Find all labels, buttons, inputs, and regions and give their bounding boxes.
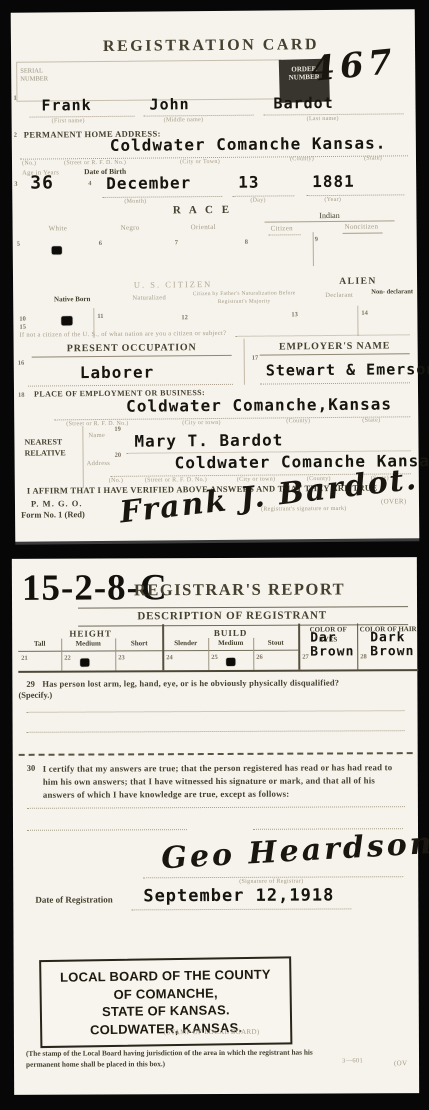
address-caption-state: (State) bbox=[364, 156, 382, 162]
dob-day-value: 13 bbox=[238, 173, 259, 192]
relative-caption-street: (Street or R. F. D. No.) bbox=[145, 477, 207, 484]
declarant-label: Declarant bbox=[309, 292, 369, 300]
place-caption-state: (State) bbox=[362, 418, 380, 424]
stout-number: 26 bbox=[256, 654, 263, 661]
race-citizen-label: Citizen bbox=[269, 224, 301, 235]
item-3-number: 3 bbox=[14, 181, 17, 188]
serial-label-line1: SERIAL bbox=[20, 67, 48, 76]
table-group-rule bbox=[162, 624, 164, 670]
dotted-line bbox=[26, 709, 404, 713]
table-vertical-rule bbox=[253, 638, 254, 670]
relative-caption-no: (No.) bbox=[109, 478, 123, 484]
address-caption-street: (Street or R. F. D. No.) bbox=[64, 160, 126, 167]
address-caption-county: (County) bbox=[290, 156, 314, 162]
dotted-line bbox=[102, 195, 222, 198]
table-inner-rule bbox=[18, 650, 298, 652]
section-divider bbox=[19, 752, 413, 756]
serial-label-line2: NUMBER bbox=[20, 76, 48, 85]
first-name-value: Frank bbox=[41, 96, 91, 114]
present-occupation-header: PRESENT OCCUPATION bbox=[32, 342, 232, 358]
tall-number: 21 bbox=[21, 655, 28, 662]
item-2-number: 2 bbox=[14, 132, 17, 139]
dob-year-value: 1881 bbox=[312, 172, 355, 191]
item-15-number: 15 bbox=[19, 324, 26, 331]
race-negro-label: Negro bbox=[121, 224, 140, 232]
eyes-color-value: Dar Brown bbox=[310, 631, 356, 660]
item-19-number: 19 bbox=[114, 426, 121, 433]
place-caption-county: (County) bbox=[286, 418, 310, 424]
hair-color-value: Dark Brown bbox=[370, 631, 422, 660]
form-id-line2: Form No. 1 (Red) bbox=[21, 509, 85, 520]
native-born-checkmark bbox=[61, 316, 72, 325]
citizen-by-father-number: 12 bbox=[181, 314, 188, 321]
stamp-line-1: LOCAL BOARD OF THE COUNTY bbox=[41, 965, 289, 986]
employer-value: Stewart & Emerson bbox=[266, 360, 429, 379]
non-declarant-label: Non- declarant bbox=[371, 288, 413, 297]
naturalized-label: Naturalized bbox=[117, 294, 181, 302]
form-footer-code: 3—601 bbox=[342, 1057, 363, 1064]
race-oriental-number: 7 bbox=[175, 239, 178, 246]
slender-number: 24 bbox=[166, 654, 173, 661]
stout-label: Stout bbox=[253, 639, 298, 647]
build-medium-label: Medium bbox=[208, 639, 253, 647]
employers-name-header: EMPLOYER'S NAME bbox=[260, 340, 410, 355]
height-medium-label: Medium bbox=[61, 639, 115, 647]
address-caption-no: (No.) bbox=[22, 161, 36, 167]
home-address-value: Coldwater Comanche Kansas. bbox=[110, 134, 387, 155]
registrant-signature-caption: (Registrant's signature or mark) bbox=[261, 506, 347, 513]
relative-name-value: Mary T. Bardot bbox=[134, 430, 283, 450]
dotted-line bbox=[306, 193, 404, 196]
last-name-caption: (Last name) bbox=[307, 116, 339, 122]
middle-name-value: John bbox=[149, 95, 189, 113]
dotted-line bbox=[27, 805, 405, 809]
registrar-signature: Geo Heardson bbox=[160, 826, 429, 876]
table-vertical-rule bbox=[208, 638, 209, 670]
eyes-number: 27 bbox=[302, 654, 309, 661]
stamp-box-caption: (STAMP OF LOCAL BOARD) bbox=[164, 1028, 260, 1036]
table-group-rule bbox=[357, 623, 358, 669]
height-medium-checkmark bbox=[80, 659, 89, 667]
registration-card: REGISTRATION CARD SERIAL NUMBER ORDER NU… bbox=[11, 9, 420, 542]
race-noncitizen-label: Noncitizen bbox=[343, 223, 383, 234]
item-30-number: 30 bbox=[27, 763, 36, 773]
build-medium-checkmark bbox=[226, 658, 235, 666]
slender-label: Slender bbox=[163, 639, 208, 647]
race-noncitizen-number: 9 bbox=[315, 236, 318, 243]
relative-address-label: Address bbox=[87, 460, 110, 467]
item-18-number: 18 bbox=[18, 392, 25, 399]
description-table: HEIGHT BUILD COLOR OF EYES COLOR OF HAIR… bbox=[18, 623, 418, 673]
dotted-line bbox=[232, 194, 294, 197]
build-medium-number: 25 bbox=[211, 654, 218, 661]
citizen-by-father-label: Citizen by Father's Naturalization Befor… bbox=[185, 290, 303, 306]
middle-name-caption: (Middle name) bbox=[164, 117, 204, 123]
registrars-report-title: REGISTRAR'S REPORT bbox=[134, 579, 345, 600]
race-white-label: White bbox=[49, 224, 68, 232]
registrant-signature: Frank J. Bardot. bbox=[118, 462, 420, 531]
over-label: (OVER) bbox=[381, 497, 407, 505]
address-caption-city: (City or Town) bbox=[180, 159, 220, 165]
race-citizen-number: 8 bbox=[245, 239, 248, 246]
line15-text: If not a citizen of the U. S., of what n… bbox=[19, 330, 226, 339]
place-caption-city: (City or town) bbox=[182, 420, 221, 426]
certification-text: I certify that my answers are true; that… bbox=[43, 761, 409, 801]
order-number-value: 467 bbox=[309, 42, 398, 90]
item-4-number: 4 bbox=[88, 180, 91, 187]
item-17-number: 17 bbox=[252, 355, 259, 362]
question-29-text: Has person lost arm, leg, hand, eye, or … bbox=[42, 677, 339, 688]
first-name-caption: (First name) bbox=[52, 118, 85, 124]
dob-caption-month: (Month) bbox=[124, 199, 146, 205]
item-16-number: 16 bbox=[18, 360, 25, 367]
dotted-line bbox=[131, 907, 351, 910]
form-id-line1: P. M. G. O. bbox=[31, 498, 83, 508]
relative-divider bbox=[82, 426, 84, 488]
question-29-specify: (Specify.) bbox=[18, 690, 52, 700]
race-title: R A C E bbox=[152, 204, 252, 217]
divider-line bbox=[78, 605, 408, 608]
item-29-number: 29 bbox=[26, 679, 35, 689]
race-negro-number: 6 bbox=[99, 240, 102, 247]
registration-card-title: REGISTRATION CARD bbox=[91, 36, 331, 56]
height-medium-number: 22 bbox=[64, 655, 71, 662]
registrar-signature-caption: (Signature of Registrar) bbox=[239, 879, 303, 885]
race-white-number: 5 bbox=[17, 241, 20, 248]
place-of-employment-value: Coldwater Comanche,Kansas bbox=[126, 394, 392, 415]
age-value: 36 bbox=[30, 172, 54, 193]
relative-name-label: Name bbox=[88, 432, 105, 439]
declarant-number: 13 bbox=[291, 311, 298, 318]
dotted-line bbox=[27, 828, 187, 831]
race-oriental-label: Oriental bbox=[191, 223, 216, 231]
short-number: 23 bbox=[118, 654, 125, 661]
scan-background: { "registration_card": { "title": "REGIS… bbox=[0, 0, 429, 1110]
occupation-divider bbox=[244, 339, 245, 385]
date-of-registration-label: Date of Registration bbox=[35, 894, 113, 904]
dotted-line bbox=[27, 729, 405, 733]
citizen-divider bbox=[357, 306, 358, 336]
tall-label: Tall bbox=[18, 640, 61, 648]
alien-header: ALIEN bbox=[313, 276, 403, 287]
dob-month-value: December bbox=[106, 173, 191, 193]
table-vertical-rule bbox=[115, 638, 116, 670]
table-bottom-rule bbox=[18, 669, 418, 673]
stamp-instruction-note: (The stamp of the Local Board having jur… bbox=[26, 1048, 326, 1071]
height-group-header: HEIGHT bbox=[18, 628, 163, 639]
item-20-number: 20 bbox=[115, 452, 122, 459]
us-citizen-header: U. S. CITIZEN bbox=[83, 279, 263, 291]
dotted-line bbox=[236, 333, 410, 337]
race-indian-label: Indian bbox=[264, 210, 394, 222]
short-label: Short bbox=[115, 639, 163, 647]
last-name-value: Bardot bbox=[273, 94, 333, 113]
dotted-line bbox=[54, 415, 410, 420]
dotted-line bbox=[260, 381, 410, 384]
race-white-checkmark bbox=[52, 246, 62, 254]
native-born-number: 10 bbox=[19, 316, 26, 323]
item-1-number: 1 bbox=[13, 95, 16, 102]
dob-caption-year: (Year) bbox=[324, 197, 341, 203]
dotted-line bbox=[28, 383, 233, 387]
occupation-value: Laborer bbox=[80, 363, 155, 383]
description-header: DESCRIPTION OF REGISTRANT bbox=[112, 609, 352, 622]
date-of-registration-value: September 12,1918 bbox=[143, 885, 334, 906]
footer-over-label: (OV bbox=[394, 1059, 407, 1067]
naturalized-number: 11 bbox=[97, 313, 103, 320]
native-born-label: Native Born bbox=[37, 295, 107, 304]
table-vertical-rule bbox=[61, 639, 62, 671]
table-group-rule bbox=[298, 624, 300, 670]
registrars-report-card: 15-2-8-C REGISTRAR'S REPORT DESCRIPTION … bbox=[12, 557, 419, 1095]
non-declarant-number: 14 bbox=[361, 310, 368, 317]
nearest-relative-label: NEAREST RELATIVE bbox=[24, 436, 72, 459]
hair-number: 28 bbox=[360, 653, 367, 660]
build-group-header: BUILD bbox=[163, 628, 298, 639]
dob-caption-day: (Day) bbox=[250, 198, 266, 204]
